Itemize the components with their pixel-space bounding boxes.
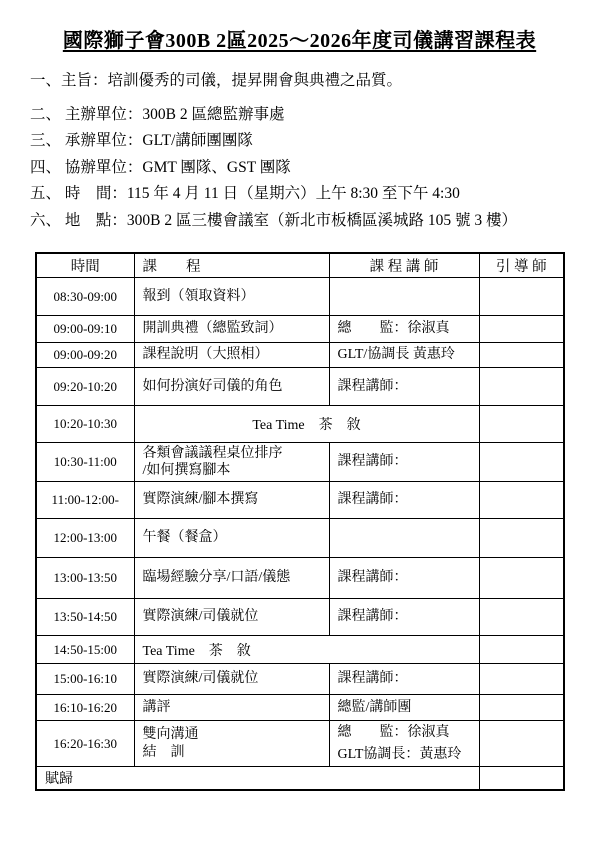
time-cell: 11:00-12:00-: [36, 482, 134, 519]
lecturer-cell: [329, 519, 479, 558]
course-line-2: 結 訓: [143, 744, 321, 762]
table-header-row: 時間 課 程 課 程 講 師 引 導 師: [36, 253, 564, 278]
lecturer-cell: 總 監：徐淑真 GLT協調長：黃惠玲: [329, 721, 479, 767]
lecturer-cell: 課程講師：: [329, 664, 479, 695]
course-cell: 報到（領取資料）: [134, 278, 329, 316]
course-cell: 實際演練/腳本撰寫: [134, 482, 329, 519]
time-cell: 13:50-14:50: [36, 599, 134, 636]
time-cell: 09:00-09:20: [36, 343, 134, 368]
course-cell: 如何扮演好司儀的角色: [134, 368, 329, 406]
course-cell: 賦歸: [36, 767, 479, 791]
guide-cell: [479, 664, 564, 695]
intro-line-purpose: 一、主旨：培訓優秀的司儀，提昇開會與典禮之品質。: [30, 68, 599, 95]
lecturer-cell: GLT/協調長 黃惠玲: [329, 343, 479, 368]
course-cell: Tea Time 茶 敘: [134, 636, 479, 664]
guide-cell: [479, 443, 564, 482]
table-row: 13:50-14:50 實際演練/司儀就位 課程講師：: [36, 599, 564, 636]
time-cell: 13:00-13:50: [36, 558, 134, 599]
time-cell: 09:00-09:10: [36, 316, 134, 343]
time-cell: 10:20-10:30: [36, 406, 134, 443]
time-cell: 12:00-13:00: [36, 519, 134, 558]
course-line-2: /如何撰寫腳本: [143, 462, 321, 480]
course-cell: 講評: [134, 695, 329, 721]
guide-cell: [479, 636, 564, 664]
time-cell: 16:20-16:30: [36, 721, 134, 767]
guide-cell: [479, 599, 564, 636]
intro-line-co-organizer: 四、 協辦單位：GMT 團隊、GST 團隊: [30, 155, 599, 182]
course-line-1: 雙向溝通: [143, 726, 321, 744]
header-course: 課 程: [134, 253, 329, 278]
intro-line-undertaker: 三、 承辦單位：GLT/講師團團隊: [30, 128, 599, 155]
intro-line-organizer: 二、 主辦單位：300B 2 區總監辦事處: [30, 102, 599, 129]
guide-cell: [479, 519, 564, 558]
table-row-tea-break: 14:50-15:00 Tea Time 茶 敘: [36, 636, 564, 664]
lecturer-cell: 總 監：徐淑真: [329, 316, 479, 343]
time-cell: 09:20-10:20: [36, 368, 134, 406]
intro-line-time: 五、 時 間：115 年 4 月 11 日（星期六）上午 8:30 至下午 4:…: [30, 181, 599, 208]
table-row: 11:00-12:00- 實際演練/腳本撰寫 課程講師：: [36, 482, 564, 519]
course-cell: 各類會議議程桌位排序 /如何撰寫腳本: [134, 443, 329, 482]
table-row: 16:20-16:30 雙向溝通 結 訓 總 監：徐淑真 GLT協調長：黃惠玲: [36, 721, 564, 767]
lecturer-cell: 課程講師：: [329, 599, 479, 636]
table-row-tea-break: 10:20-10:30 Tea Time 茶 敘: [36, 406, 564, 443]
schedule-table: 時間 課 程 課 程 講 師 引 導 師 08:30-09:00 報到（領取資料…: [35, 252, 565, 791]
time-cell: 08:30-09:00: [36, 278, 134, 316]
lecturer-line-2: GLT協調長：黃惠玲: [338, 744, 471, 766]
guide-cell: [479, 278, 564, 316]
time-cell: 10:30-11:00: [36, 443, 134, 482]
guide-cell: [479, 482, 564, 519]
course-cell: 課程說明（大照相）: [134, 343, 329, 368]
table-row: 12:00-13:00 午餐（餐盒）: [36, 519, 564, 558]
header-time: 時間: [36, 253, 134, 278]
course-cell: 雙向溝通 結 訓: [134, 721, 329, 767]
table-row: 08:30-09:00 報到（領取資料）: [36, 278, 564, 316]
course-cell: 實際演練/司儀就位: [134, 599, 329, 636]
table-row: 16:10-16:20 講評 總監/講師團: [36, 695, 564, 721]
guide-cell: [479, 343, 564, 368]
table-row: 10:30-11:00 各類會議議程桌位排序 /如何撰寫腳本 課程講師：: [36, 443, 564, 482]
guide-cell: [479, 767, 564, 791]
course-cell: Tea Time 茶 敘: [134, 406, 479, 443]
lecturer-line-1: 總 監：徐淑真: [338, 722, 471, 744]
course-line-1: 各類會議議程桌位排序: [143, 445, 321, 463]
guide-cell: [479, 695, 564, 721]
table-row-departure: 賦歸: [36, 767, 564, 791]
lecturer-cell: 課程講師：: [329, 443, 479, 482]
time-cell: 15:00-16:10: [36, 664, 134, 695]
time-cell: 16:10-16:20: [36, 695, 134, 721]
table-row: 09:00-09:20 課程說明（大照相） GLT/協調長 黃惠玲: [36, 343, 564, 368]
table-row: 13:00-13:50 臨場經驗分享/口語/儀態 課程講師：: [36, 558, 564, 599]
header-guide: 引 導 師: [479, 253, 564, 278]
guide-cell: [479, 406, 564, 443]
lecturer-cell: 課程講師：: [329, 558, 479, 599]
table-row: 15:00-16:10 實際演練/司儀就位 課程講師：: [36, 664, 564, 695]
course-cell: 實際演練/司儀就位: [134, 664, 329, 695]
table-row: 09:00-09:10 開訓典禮（總監致詞） 總 監：徐淑真: [36, 316, 564, 343]
page-title: 國際獅子會300B 2區2025～2026年度司儀講習課程表: [0, 0, 599, 53]
guide-cell: [479, 721, 564, 767]
course-cell: 午餐（餐盒）: [134, 519, 329, 558]
lecturer-cell: 課程講師：: [329, 482, 479, 519]
guide-cell: [479, 558, 564, 599]
lecturer-cell: [329, 278, 479, 316]
guide-cell: [479, 368, 564, 406]
document-page: 國際獅子會300B 2區2025～2026年度司儀講習課程表 一、主旨：培訓優秀…: [0, 0, 599, 850]
guide-cell: [479, 316, 564, 343]
course-cell: 臨場經驗分享/口語/儀態: [134, 558, 329, 599]
lecturer-cell: 課程講師：: [329, 368, 479, 406]
intro-section: 一、主旨：培訓優秀的司儀，提昇開會與典禮之品質。 二、 主辦單位：300B 2 …: [30, 68, 599, 234]
lecturer-cell: 總監/講師團: [329, 695, 479, 721]
course-cell: 開訓典禮（總監致詞）: [134, 316, 329, 343]
intro-line-location: 六、 地 點：300B 2 區三樓會議室（新北市板橋區溪城路 105 號 3 樓…: [30, 208, 599, 235]
time-cell: 14:50-15:00: [36, 636, 134, 664]
header-lecturer: 課 程 講 師: [329, 253, 479, 278]
table-row: 09:20-10:20 如何扮演好司儀的角色 課程講師：: [36, 368, 564, 406]
